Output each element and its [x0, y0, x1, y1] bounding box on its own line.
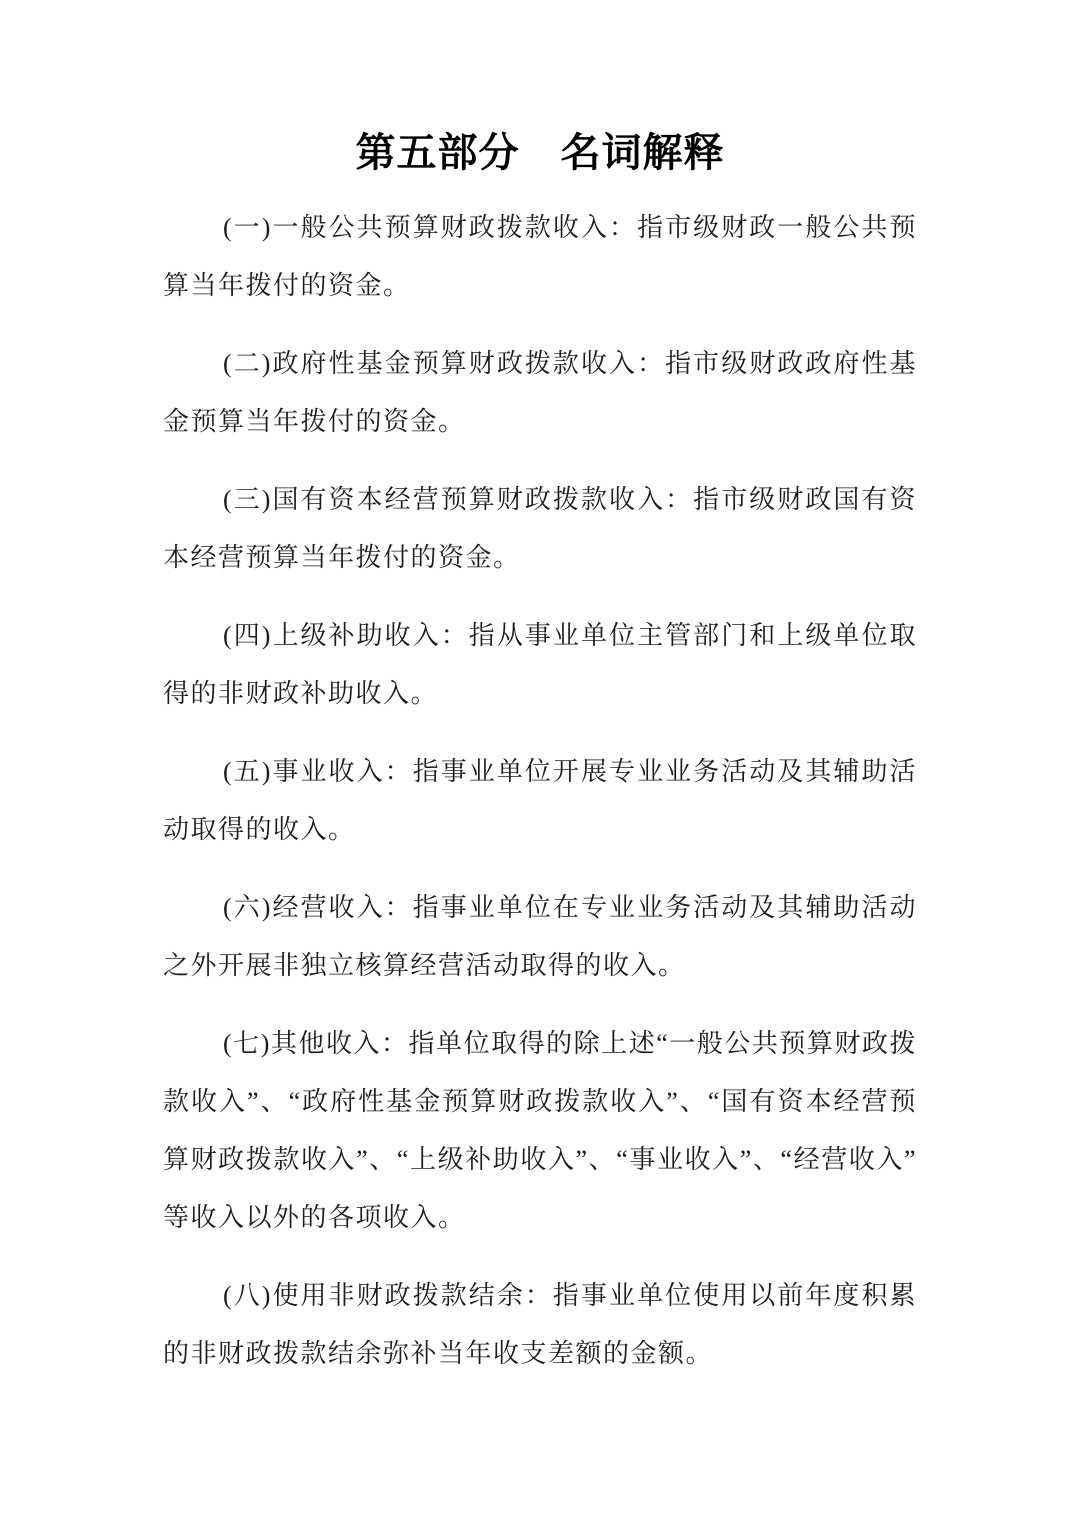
paragraph-definition-4: (四)上级补助收入：指从事业单位主管部门和上级单位取得的非财政补助收入。 [163, 607, 917, 723]
paragraph-definition-7: (七)其他收入：指单位取得的除上述“一般公共预算财政拨款收入”、“政府性基金预算… [163, 1015, 917, 1247]
paragraph-definition-6: (六)经营收入：指事业单位在专业业务活动及其辅助活动之外开展非独立核算经营活动取… [163, 879, 917, 995]
paragraph-definition-2: (二)政府性基金预算财政拨款收入：指市级财政政府性基金预算当年拨付的资金。 [163, 335, 917, 451]
document-page: 第五部分 名词解释 (一)一般公共预算财政拨款收入：指市级财政一般公共预算当年拨… [0, 0, 1075, 1521]
paragraph-definition-1: (一)一般公共预算财政拨款收入：指市级财政一般公共预算当年拨付的资金。 [163, 199, 917, 315]
paragraph-definition-3: (三)国有资本经营预算财政拨款收入：指市级财政国有资本经营预算当年拨付的资金。 [163, 471, 917, 587]
paragraph-definition-5: (五)事业收入：指事业单位开展专业业务活动及其辅助活动取得的收入。 [163, 743, 917, 859]
page-title: 第五部分 名词解释 [163, 129, 917, 177]
paragraph-definition-8: (八)使用非财政拨款结余：指事业单位使用以前年度积累的非财政拨款结余弥补当年收支… [163, 1267, 917, 1383]
